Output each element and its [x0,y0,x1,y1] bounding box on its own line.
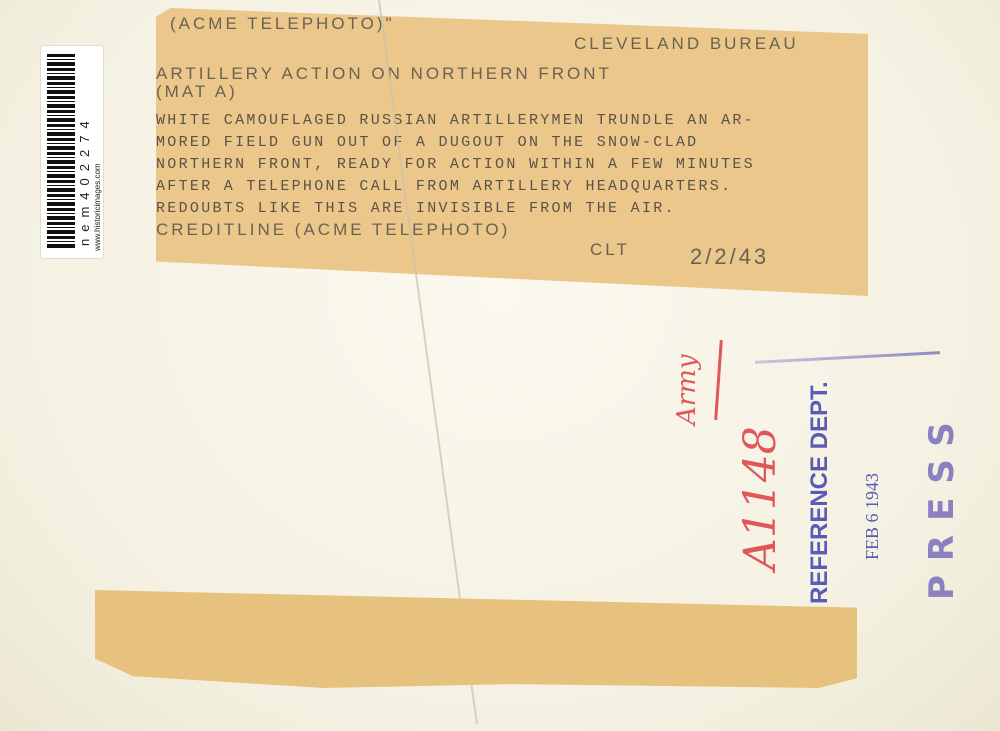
caption-initials: CLT [590,240,630,260]
caption-agency: (ACME TELEPHOTO)" [170,14,395,34]
reference-dept-stamp: REFERENCE DEPT. [806,381,834,604]
caption-body-line: AFTER A TELEPHONE CALL FROM ARTILLERY HE… [156,178,732,195]
handwritten-number: A1148 [735,426,786,570]
press-stamp: PRESS [922,408,962,600]
barcode-code: nem402274 [77,114,92,246]
barcode-url: www.historicimages.com [93,163,102,251]
handwritten-category: Army [672,354,702,425]
caption-bureau: CLEVELAND BUREAU [574,34,799,54]
caption-credit: CREDITLINE (ACME TELEPHOTO) [156,220,510,240]
caption-body-line: WHITE CAMOUFLAGED RUSSIAN ARTILLERYMEN T… [156,112,755,129]
caption-title: ARTILLERY ACTION ON NORTHERN FRONT [156,64,612,84]
caption-body-line: MORED FIELD GUN OUT OF A DUGOUT ON THE S… [156,134,698,151]
caption-slip: (ACME TELEPHOTO)" CLEVELAND BUREAU ARTIL… [156,8,868,296]
caption-code: (MAT A) [156,82,238,102]
barcode-label: nem402274 www.historicimages.com [40,45,104,259]
caption-body-line: NORTHERN FRONT, READY FOR ACTION WITHIN … [156,156,755,173]
barcode-bars [47,54,75,250]
received-date-stamp: FEB 6 1943 [862,473,883,560]
caption-date: 2/2/43 [690,244,769,270]
caption-body-line: REDOUBTS LIKE THIS ARE INVISIBLE FROM TH… [156,200,676,217]
